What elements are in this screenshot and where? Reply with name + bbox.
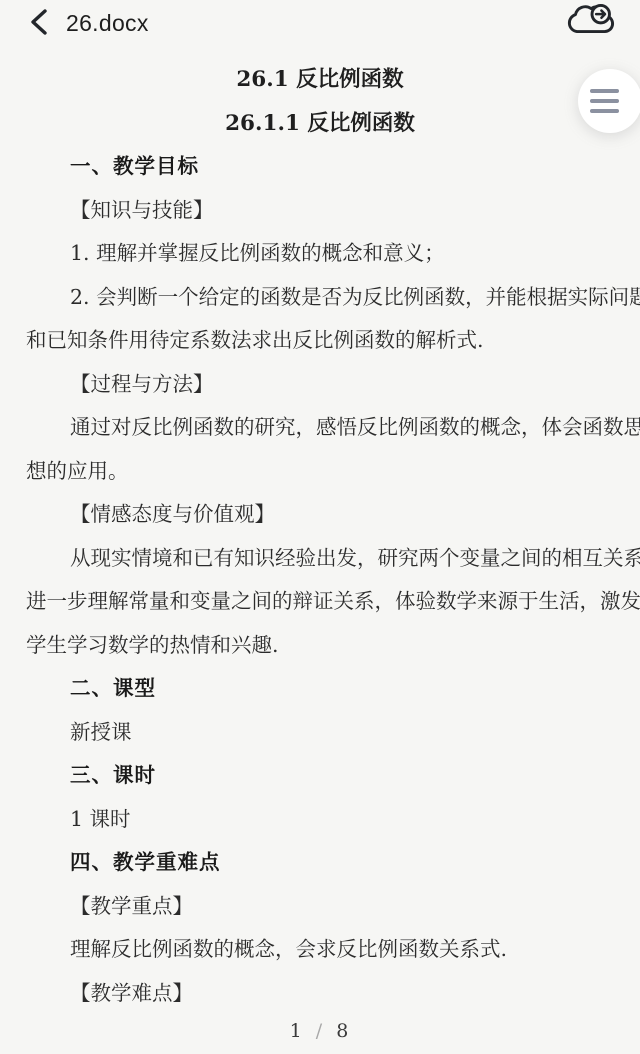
document-page: 26.1 反比例函数26.1.1 反比例函数一、教学目标【知识与技能】1. 理解… bbox=[0, 0, 640, 1054]
top-bar: 26.docx bbox=[0, 0, 640, 46]
page-total: 8 bbox=[336, 1020, 350, 1042]
doc-line: 理解反比例函数的概念，会求反比例函数关系式. bbox=[0, 928, 640, 972]
doc-line: 2. 会判断一个给定的函数是否为反比例函数，并能根据实际问题 bbox=[0, 276, 640, 320]
document-title: 26.docx bbox=[66, 10, 149, 37]
page-separator: / bbox=[312, 1020, 328, 1042]
doc-line: 一、教学目标 bbox=[0, 145, 640, 189]
page-current: 1 bbox=[290, 1020, 304, 1042]
cloud-arrow-icon bbox=[563, 3, 622, 38]
doc-line: 1 课时 bbox=[0, 798, 640, 842]
doc-line: 【教学重点】 bbox=[0, 885, 640, 929]
doc-line: 四、教学重难点 bbox=[0, 841, 640, 885]
doc-line: 想的应用。 bbox=[0, 450, 640, 494]
doc-line: 从现实情境和已有知识经验出发，研究两个变量之间的相互关系， bbox=[0, 537, 640, 581]
doc-line: 26.1.1 反比例函数 bbox=[0, 102, 640, 146]
doc-line: 【过程与方法】 bbox=[0, 363, 640, 407]
doc-line: 1. 理解并掌握反比例函数的概念和意义； bbox=[0, 232, 640, 276]
doc-line: 三、课时 bbox=[0, 754, 640, 798]
doc-line: 【教学难点】 bbox=[0, 972, 640, 1016]
cloud-upload-button[interactable] bbox=[560, 0, 624, 40]
doc-line: 二、课型 bbox=[0, 667, 640, 711]
doc-line: 通过对反比例函数的研究，感悟反比例函数的概念，体会函数思 bbox=[0, 406, 640, 450]
doc-line: 【情感态度与价值观】 bbox=[0, 493, 640, 537]
doc-line: 进一步理解常量和变量之间的辩证关系，体验数学来源于生活，激发 bbox=[0, 580, 640, 624]
doc-line: 26.1 反比例函数 bbox=[0, 58, 640, 102]
doc-line: 和已知条件用待定系数法求出反比例函数的解析式. bbox=[0, 319, 640, 363]
back-button[interactable] bbox=[18, 5, 62, 41]
page-indicator: 1 / 8 bbox=[0, 1016, 640, 1046]
menu-fab-button[interactable] bbox=[578, 69, 640, 133]
chevron-left-icon bbox=[28, 8, 52, 39]
doc-line: 新授课 bbox=[0, 711, 640, 755]
doc-line: 学生学习数学的热情和兴趣. bbox=[0, 624, 640, 668]
doc-line: 【知识与技能】 bbox=[0, 189, 640, 233]
